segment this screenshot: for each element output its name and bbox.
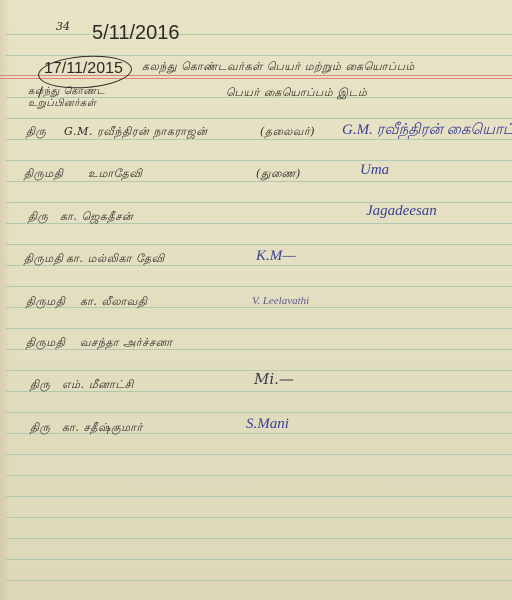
ruled-line [6, 559, 512, 560]
attendee-prefix: திருமதி [24, 252, 63, 267]
attendee-prefix: திரு [30, 421, 50, 436]
attendee-signature: K.M— [256, 248, 296, 265]
attendance-title: கலந்து கொண்டவர்கள் பெயர் மற்றும் கையொப்ப… [142, 60, 415, 75]
ruled-line [6, 244, 512, 245]
page-number: 34 [56, 20, 70, 33]
attendee-prefix: திரு [26, 125, 46, 140]
attendee-prefix: திருமதி [26, 295, 65, 310]
attendee-role: (தலைவர்) [260, 125, 315, 140]
attendee-signature: Mi.— [254, 370, 294, 388]
ruled-line [6, 517, 512, 518]
ruled-line [6, 475, 512, 476]
ruled-line [6, 496, 512, 497]
ruled-line [6, 328, 512, 329]
circled-date: 17/11/2015 [44, 60, 123, 78]
attendee-signature: S.Mani [246, 416, 289, 433]
attendee-signature: V. Leelavathi [252, 295, 309, 307]
attendee-prefix: திருமதி [24, 167, 63, 182]
attendee-name: உமாதேவி [88, 167, 142, 182]
column-headings: பெயர் கையொப்பம் இடம் [226, 86, 367, 101]
attendee-name: வசந்தா அர்ச்சனா [80, 336, 173, 351]
attendee-prefix: திருமதி [26, 336, 65, 351]
attendee-signature: Jagadeesan [366, 203, 437, 220]
attendee-name: எம். மீனாட்சி [62, 378, 134, 393]
attendee-prefix: திரு [28, 210, 48, 225]
ruled-line [6, 538, 512, 539]
ruled-line [6, 118, 512, 119]
attendee-role: (துணை) [256, 167, 301, 182]
ruled-notebook-page: 34 5/11/2016 17/11/2015 கலந்து கொண்டவர்க… [0, 0, 512, 600]
attendee-signature: G.M. ரவீந்திரன் கையொப்பம் [342, 121, 512, 140]
ruled-line [6, 160, 512, 161]
ruled-line [6, 286, 512, 287]
attendee-name: கா. ஜெகதீசன் [60, 210, 133, 225]
meeting-date: 5/11/2016 [92, 22, 180, 45]
attendee-name: கா. மல்லிகா தேவி [66, 252, 165, 267]
margin-note: கலந்து கொண்ட உறுப்பினர்கள் [28, 86, 105, 110]
ruled-line [6, 34, 512, 35]
attendee-name: G.M. ரவீந்திரன் நாகராஜன் [64, 125, 208, 140]
ruled-line [6, 412, 512, 413]
attendee-signature: Uma [360, 162, 389, 179]
attendee-prefix: திரு [30, 378, 50, 393]
attendee-name: கா. சதீஷ்குமார் [62, 421, 143, 436]
attendee-name: கா. லீலாவதி [80, 295, 148, 310]
ruled-line [6, 580, 512, 581]
ruled-line [6, 454, 512, 455]
